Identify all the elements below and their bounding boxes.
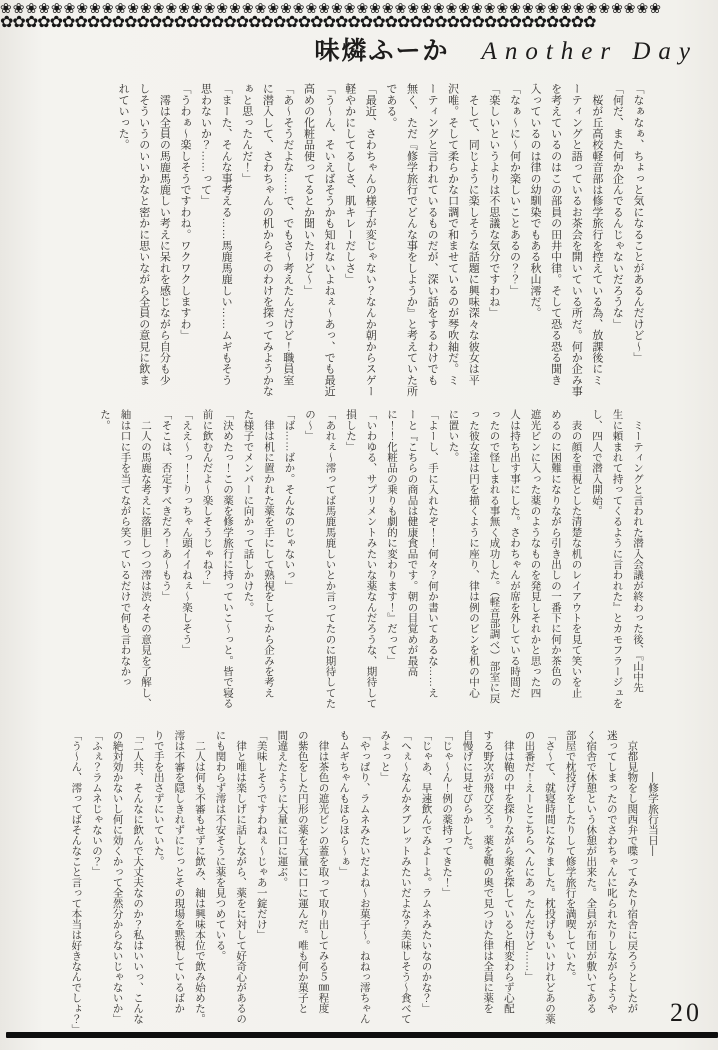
- text-line: 「楽しいというよりは不思議な気分ですわね」: [483, 83, 504, 403]
- text-line: に潜入して、さわちゃんの机からそのわけを探ってみようかな: [257, 83, 278, 403]
- text-line: 「ば……ばか。そんなのじゃないっ」: [279, 409, 300, 709]
- text-line: ーティングと語っているお茶会を開いている所だ。何か企み事: [566, 83, 587, 403]
- text-line: 沢唯。そして柔らかな口調で和ませているのが琴吹紬だ。ミ: [442, 83, 463, 403]
- text-line: 紬は口に手を当てながら笑っているだけで何も言わなかっ: [115, 409, 136, 709]
- text-line: れていった。: [113, 83, 134, 403]
- ornament-pattern-top-icon: ❀❀❀❀❀❀❀❀❀❀❀❀❀❀❀❀❀❀❀❀❀❀❀❀❀❀❀❀❀❀❀❀❀❀❀❀❀❀❀❀…: [0, 1, 718, 15]
- text-block-scene-3: ―修学旅行当日― 京都見物をし関西弁で喋ってみたり宿舎に戻ろうとしたが迷ってしま…: [66, 730, 663, 1032]
- text-line: 「決めたっ！この薬を修学旅行に持っていこ〜っと。皆で寝る: [218, 409, 239, 709]
- text-line: 「いわゆる、サプリメントみたいな薬なんだろうな、期待して: [361, 409, 382, 709]
- text-line: ーティングと言われているものだが、深い話をするわけでも: [421, 83, 442, 403]
- text-line: 京都見物をし関西弁で喋ってみたり宿舎に戻ろうとしたが: [622, 730, 643, 1032]
- text-line: 「最近、さわちゃんの様子が変じゃない？なんか朝からスゲー: [360, 83, 381, 403]
- text-line: の出番だ！えーとこちらへんにあったんだけど……」: [519, 730, 540, 1032]
- text-line: めるのに困難になりながら引き出しの一番下に何か茶色の: [546, 409, 567, 709]
- text-line: を考えているのはこの部員の田井中律。そして恐る恐る聞き: [545, 83, 566, 403]
- text-line: 「ええ〜っ！！りっちゃん頭イイねぇ〜楽しそう」: [177, 409, 198, 709]
- text-line: 迷ってしまったのでさわちゃんに叱られたりしながらようや: [601, 730, 622, 1032]
- footer-rule: [6, 1032, 718, 1038]
- text-block-scene-2: ミーティングと言われた潜入会議が終わった後、『山中先生に頼まれて持ってくるように…: [95, 409, 649, 709]
- text-line: 澪は全員の馬鹿馬鹿しい考えに呆れを感じながら自分も少: [154, 83, 175, 403]
- text-line: する野次が飛び交う。薬を鞄の奥で見つけた律は全員に薬を: [478, 730, 499, 1032]
- text-line: 人は持ち出す事にした。さわちゃんが席を外している時間だ: [505, 409, 526, 709]
- text-line: 二人の馬鹿な考えに落胆しつつ澪は渋々その意見を了解し、: [136, 409, 157, 709]
- text-line: 無く、ただ『修学旅行でどんな事をしようか』と考えていた所: [401, 83, 422, 403]
- text-line: 「やっぱり、ラムネみたいだよね〜お菓子〜。ねねっ澪ちゃん: [354, 730, 375, 1032]
- text-line: 「なぁなぁ、ちょっと気になることがあるんだけど〜」: [627, 83, 648, 403]
- text-line: に！！化粧品の乗りも劇的に変わります！』だって」: [382, 409, 403, 709]
- text-line: 律と唯は楽しげに話しながら、薬をに対して好奇心があるの: [231, 730, 252, 1032]
- text-line: 前に飲むんだよ〜楽しそうじゃね？」: [197, 409, 218, 709]
- text-line: 「よーし、手に入れたぞ！！何々？何か書いてあるな……え: [423, 409, 444, 709]
- text-line: りで手を出さずにいていた。: [148, 730, 169, 1032]
- text-line: 「う〜ん、澪ってばそんなこと言って本当は好きなんでしょ？」: [66, 730, 87, 1032]
- page-header: 味燐ふーか Another Day: [315, 31, 698, 69]
- text-line: 入っているのは律の幼馴染でもある秋山澪だ。: [524, 83, 545, 403]
- text-line: し、四人で潜入開始。: [587, 409, 608, 709]
- text-line: ったので怪しまれる事無く成功した。（軽音部調べ）部室に戻: [484, 409, 505, 709]
- text-line: 「じゃあ、早速飲んでみよーよ。ラムネみたいなのかな？」: [416, 730, 437, 1032]
- page-title-english: Another Day: [482, 38, 698, 66]
- text-line: の〜」: [300, 409, 321, 709]
- text-line: 思わないか？……って」: [195, 83, 216, 403]
- text-line: ミーティングと言われた潜入会議が終わった後、『山中先: [628, 409, 649, 709]
- text-line: 「あれぇ〜澪ってば馬鹿馬鹿しいとか言ってたのに期待してた: [320, 409, 341, 709]
- text-line: しそういうのいいかなと密かに思いながら全員の意見に飲ま: [133, 83, 154, 403]
- text-line: 表の顔を重視とした清楚な机のレイアウトを見て笑いを止: [566, 409, 587, 709]
- text-line: もムギちゃんもほらほら〜ぁ」: [334, 730, 355, 1032]
- text-line: ぁと思ったんだ！」: [236, 83, 257, 403]
- text-line: た様子でメンバーに向かって話しかけた。: [238, 409, 259, 709]
- text-line: にも関わらず澪は不安そうに薬を見つめている。: [210, 730, 231, 1032]
- text-line: 二人は何も不審もせずに飲み、紬は興味本位で飲み始めた。: [189, 730, 210, 1032]
- text-line: 「何だ、また何か企んでるんじゃないだろうな」: [607, 83, 628, 403]
- text-line: に置いた。: [443, 409, 464, 709]
- text-line: 「ふぇ？ラムネじゃないの？」: [86, 730, 107, 1032]
- text-line: の絶対効かないし何に効くかって全然分からないじゃないか」: [107, 730, 128, 1032]
- text-line: 「そこは、否定すべきだろ！あ〜もう」: [156, 409, 177, 709]
- text-line: 「じゃ〜ん！例の薬持ってきた！」: [436, 730, 457, 1032]
- text-line: く宿舎で休憩という休憩が出来た。全員が布団が敷いてある: [581, 730, 602, 1032]
- text-line: た。: [95, 409, 116, 709]
- text-line: 高めの化粧品使ってるとか聞いたけど〜」: [298, 83, 319, 403]
- text-line: 「まーた、そんな事考える……馬鹿馬鹿しい……ムギもそう: [216, 83, 237, 403]
- text-line: 「なぁ〜に〜何か楽しいことあるの？？」: [504, 83, 525, 403]
- text-line: 損した」: [341, 409, 362, 709]
- page-title-japanese: 味燐ふーか: [315, 31, 450, 67]
- text-line: 遮光ビンに入った薬のようなものを発見しそれかと思った四: [525, 409, 546, 709]
- text-line: 「あ〜そうだよな……で、でもさ〜考えたんだけど！職員室: [277, 83, 298, 403]
- text-line: 「へぇ〜なんかタブレットみたいだよな？美味しそう〜食べて: [395, 730, 416, 1032]
- text-line: 「二人共、そんなに飲んで大丈夫なのか？私はいいっ、こんな: [128, 730, 149, 1032]
- text-line: 律は鞄の中を探りながら薬を探していると相変わらず心配: [498, 730, 519, 1032]
- text-line: 生に頼まれて持ってくるように言われた』とカモフラージュを: [607, 409, 628, 709]
- text-line: 桜が丘高校軽音部は修学旅行を控えている為、放課後にミ: [586, 83, 607, 403]
- ornament-border: ❀❀❀❀❀❀❀❀❀❀❀❀❀❀❀❀❀❀❀❀❀❀❀❀❀❀❀❀❀❀❀❀❀❀❀❀❀❀❀❀…: [0, 0, 718, 32]
- text-line: 「さ〜て、就寝時間になりました。枕投げもいいけれどあの薬: [539, 730, 560, 1032]
- text-line: 「美味しそうですわねぇ〜じゃあ一錠だけ」: [251, 730, 272, 1032]
- text-line: 「う〜ん、そいえばそうかも知れないよねぇ〜あっ、でも最近: [319, 83, 340, 403]
- text-block-scene-1: 「なぁなぁ、ちょっと気になることがあるんだけど〜」「何だ、また何か企んでるんじゃ…: [113, 83, 648, 403]
- text-line: った彼女達は円を描くように座り、律は例のビンを机の中心: [464, 409, 485, 709]
- text-line: 部屋で枕投げをしたりして修学旅行を満喫していた。: [560, 730, 581, 1032]
- page-number: 20: [670, 998, 702, 1028]
- text-line: ―修学旅行当日―: [642, 730, 663, 1032]
- text-line: そして、同じように楽しそうな話題に興味深々な彼女は平: [463, 83, 484, 403]
- text-line: の紫色をした円形の薬を大量に口に運んだ。唯も何か菓子と: [292, 730, 313, 1032]
- text-line: 「うわぁ〜楽しそうですわね。ワクワクしますわ」: [174, 83, 195, 403]
- text-line: 自慢げに見せびらかした。: [457, 730, 478, 1032]
- text-line: である。: [380, 83, 401, 403]
- text-line: みよっと」: [375, 730, 396, 1032]
- text-line: 律は茶色の遮光ビンの蓋を取って取り出してみる５㎜程度: [313, 730, 334, 1032]
- text-line: 間違えたように大量に口に運ぶ。: [272, 730, 293, 1032]
- text-line: 軽やかにしてるしさ、肌キレーだしさ」: [339, 83, 360, 403]
- text-line: 律は机に置かれた薬を手にして熟視をしてから企みを考え: [259, 409, 280, 709]
- text-line: 澪は不審を隠しきれずにじっとその現場を黙視しているばか: [169, 730, 190, 1032]
- ornament-pattern-bottom-icon: ✿✿✿✿✿✿✿✿✿✿✿✿✿✿✿✿✿✿✿✿✿✿✿✿✿✿✿✿✿✿✿✿✿✿✿✿✿✿✿✿…: [0, 15, 718, 30]
- text-line: ーと『こちらの商品は健康食品です。朝の目覚めが最高: [402, 409, 423, 709]
